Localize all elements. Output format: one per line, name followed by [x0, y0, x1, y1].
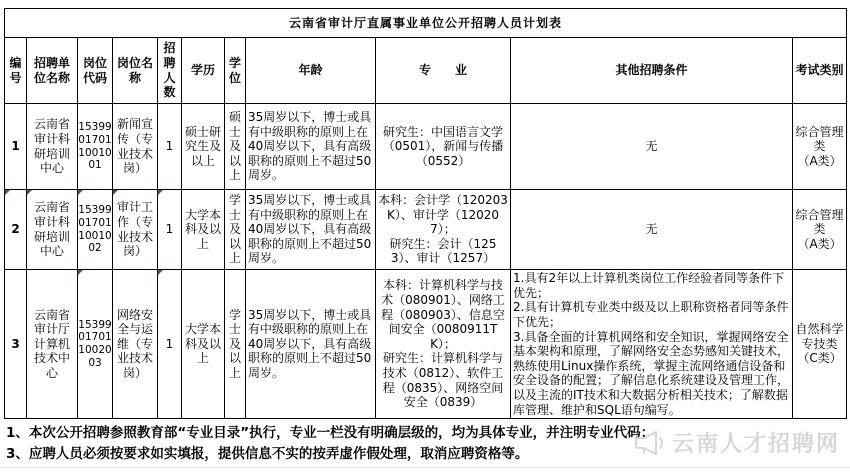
cell-position: 新闻宣传（专业技术岗）: [113, 104, 158, 190]
cell-count: 1: [158, 104, 182, 190]
header-age: 年龄: [246, 38, 376, 104]
cell-count: 1: [158, 190, 182, 270]
title-row: 云南省审计厅直属事业单位公开招聘人员计划表: [5, 9, 847, 38]
cell-age: 35周岁以下，博士或具有中级职称的原则上在40周岁以下，具有高级职称的原则上不超…: [246, 104, 376, 190]
cell-no: 1: [5, 104, 27, 190]
cell-major: 研究生：中国语言文学（0501），新闻与传播（0552）: [376, 104, 511, 190]
header-major: 专 业: [376, 38, 511, 104]
cell-other-conditions: 1.具有2年以上计算机类岗位工作经验者同等条件下优先； 2.具有计算机专业类中级…: [511, 270, 793, 419]
header-position: 岗位名称: [113, 38, 158, 104]
cell-degree: 学士及以上: [225, 190, 246, 270]
cell-exam-category: 综合管理类 （A类）: [793, 190, 847, 270]
page-title: 云南省审计厅直属事业单位公开招聘人员计划表: [5, 9, 847, 38]
cell-code: 15399 01701 10010 01: [78, 104, 113, 190]
cell-degree: 学士及以上: [225, 270, 246, 419]
cell-education: 硕士研究生及以上: [182, 104, 225, 190]
cell-unit: 云南省审计科研培训中心: [27, 190, 78, 270]
cell-education: 大学本科及以上: [182, 190, 225, 270]
header-unit: 招聘单位名称: [27, 38, 78, 104]
cell-exam-category: 自然科学专技类 （C类）: [793, 270, 847, 419]
cell-unit: 云南省审计厅计算机技术中心: [27, 270, 78, 419]
cell-exam-category: 综合管理类 （A类）: [793, 104, 847, 190]
cell-other-conditions: 无: [511, 190, 793, 270]
cell-no: 2: [5, 190, 27, 270]
cell-major: 本科：计算机科学与技术（080901）、网络工程（080903）、信息空间安全（…: [376, 270, 511, 419]
footnotes: 1、本次公开招聘参照教育部“专业目录”执行，专业一栏没有明确层级的，均为具体专业…: [6, 423, 666, 465]
header-row: 编号 招聘单位名称 岗位代码 岗位名称 招聘人数 学历 学位 年龄 专 业 其他…: [5, 38, 847, 104]
footnote-2: 3、应聘人员必须按要求如实填报，提供信息不实的按弄虚作假处理，取消应聘资格等。: [6, 444, 666, 465]
cell-degree: 硕士及以上: [225, 104, 246, 190]
header-count: 招聘人数: [158, 38, 182, 104]
cell-position: 网络安全与运维（专业技术岗）: [113, 270, 158, 419]
cell-education: 大学本科及以上: [182, 270, 225, 419]
cell-other-conditions: 无: [511, 104, 793, 190]
cell-major: 本科：会计学（120203K）、审计学（120207）； 研究生：会计（1253…: [376, 190, 511, 270]
header-code: 岗位代码: [78, 38, 113, 104]
header-exam-category: 考试类别: [793, 38, 847, 104]
watermark-text: 云南人才招聘网: [672, 427, 840, 458]
cell-code: 15399 01701 10020 03: [78, 270, 113, 419]
recruitment-plan-table: 云南省审计厅直属事业单位公开招聘人员计划表 编号 招聘单位名称 岗位代码 岗位名…: [4, 8, 847, 419]
cell-age: 35周岁以下，博士或具有中级职称的原则上在40周岁以下，具有高级职称的原则上不超…: [246, 270, 376, 419]
table-row-3: 3 云南省审计厅计算机技术中心 15399 01701 10020 03 网络安…: [5, 270, 847, 419]
header-other-conditions: 其他招聘条件: [511, 38, 793, 104]
header-degree: 学位: [225, 38, 246, 104]
footnote-1: 1、本次公开招聘参照教育部“专业目录”执行，专业一栏没有明确层级的，均为具体专业…: [6, 423, 666, 444]
cell-unit: 云南省审计科研培训中心: [27, 104, 78, 190]
cell-no: 3: [5, 270, 27, 419]
table-row-2: 2 云南省审计科研培训中心 15399 01701 10010 02 审计工作（…: [5, 190, 847, 270]
cell-count: 1: [158, 270, 182, 419]
cell-age: 35周岁以下，博士或具有中级职称的原则上在40周岁以下，具有高级职称的原则上不超…: [246, 190, 376, 270]
header-education: 学历: [182, 38, 225, 104]
header-no: 编号: [5, 38, 27, 104]
page-bottom-divider: [0, 467, 850, 468]
cell-code: 15399 01701 10010 02: [78, 190, 113, 270]
megaphone-icon: [633, 429, 667, 457]
table-row-1: 1 云南省审计科研培训中心 15399 01701 10010 01 新闻宣传（…: [5, 104, 847, 190]
site-watermark: 云南人才招聘网: [633, 427, 840, 458]
cell-position: 审计工作（专业技术岗）: [113, 190, 158, 270]
